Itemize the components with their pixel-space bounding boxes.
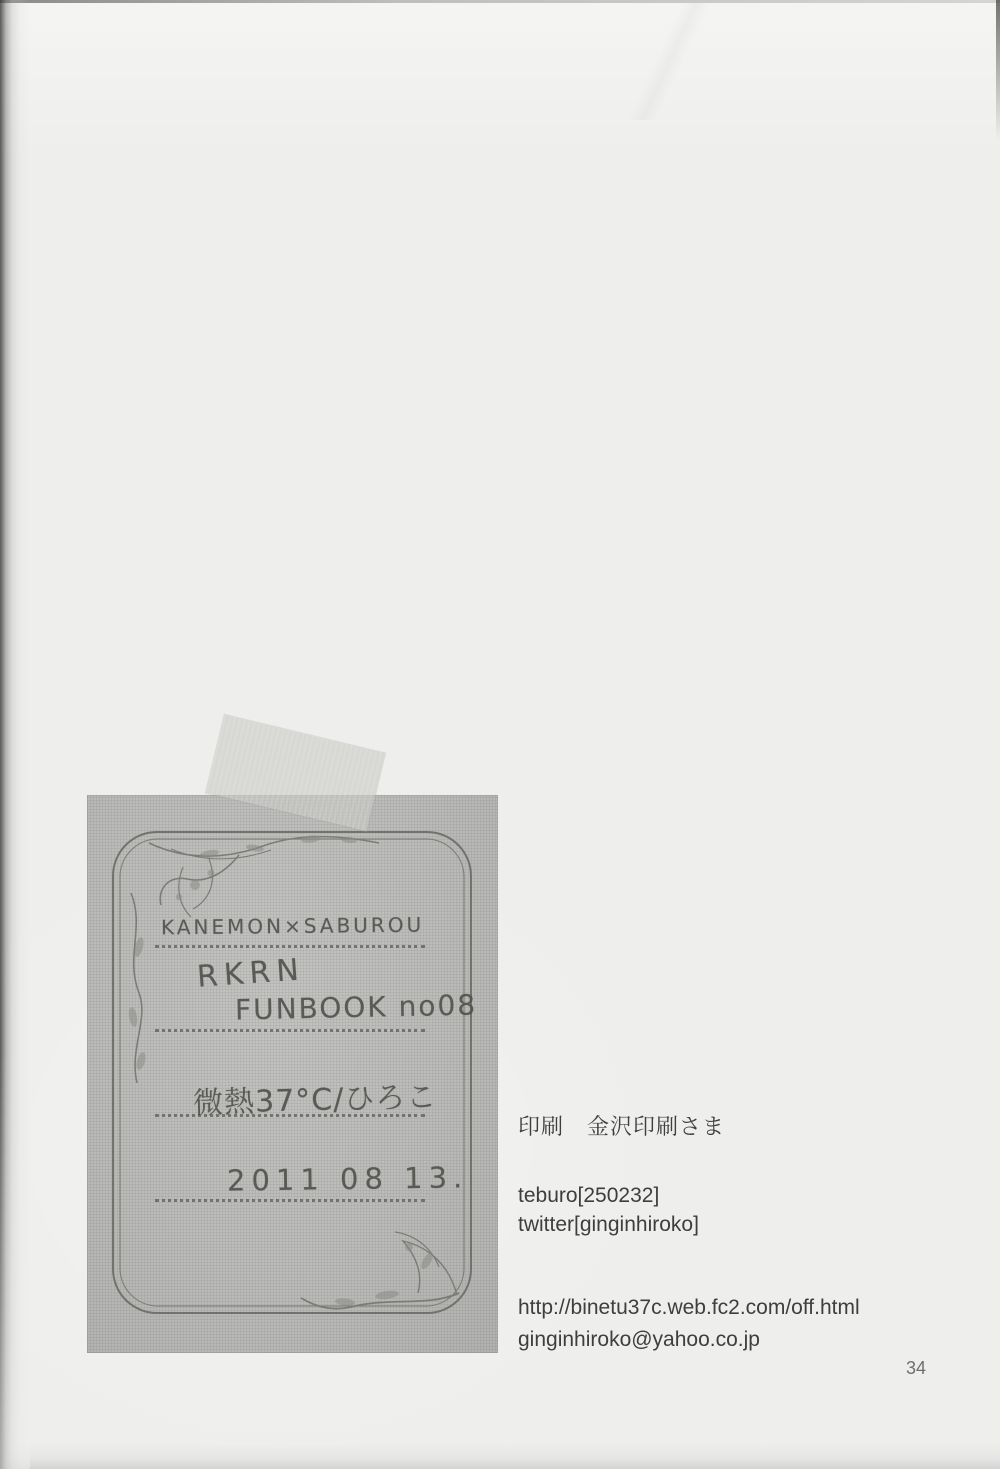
twitter-account: twitter[ginginhiroko] <box>518 1213 699 1237</box>
label-series-text: RKRN <box>196 952 306 994</box>
dotted-rule-3 <box>155 1114 425 1117</box>
scan-gutter-shadow <box>0 0 30 1469</box>
dotted-rule-2 <box>155 1029 425 1032</box>
contact-email: ginginhiroko@yahoo.co.jp <box>518 1328 760 1352</box>
page-number: 34 <box>906 1358 926 1379</box>
dotted-rule-4 <box>155 1199 425 1202</box>
printer-credit: 印刷 金沢印刷さま <box>518 1110 725 1141</box>
scan-edge-top <box>0 0 1000 3</box>
label-pairing-text: KANEMON×SABUROU <box>161 913 424 940</box>
label-date-text: 2011 08 13. <box>227 1160 469 1197</box>
label-book-number-text: FUNBOOK no08 <box>235 988 478 1026</box>
scan-edge-right <box>996 0 1000 140</box>
scanned-doujinshi-colophon-page: KANEMON×SABUROU RKRN FUNBOOK no08 微熱37°C… <box>0 0 1000 1469</box>
website-url: http://binetu37c.web.fc2.com/off.html <box>518 1296 860 1320</box>
dotted-rule-1 <box>155 945 425 948</box>
paper-crease <box>520 0 820 120</box>
teburo-account: teburo[250232] <box>518 1184 659 1208</box>
handwritten-label-card: KANEMON×SABUROU RKRN FUNBOOK no08 微熱37°C… <box>87 795 498 1353</box>
